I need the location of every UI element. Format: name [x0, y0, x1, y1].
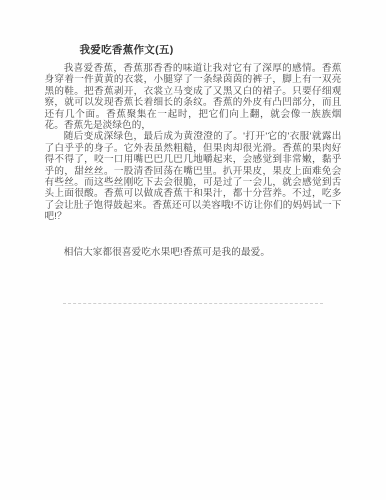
essay-paragraph-2: 随后变成深绿色，最后成为黄澄澄的了。'打开'它的'衣服'就露出了白乎乎的身子。它… [45, 131, 342, 222]
essay-page: 我爱吃香蕉作文(五) 我喜爱香蕉，香蕉那香香的味道让我对它有了深厚的感情。香蕉身… [0, 0, 386, 500]
essay-title: 我爱吃香蕉作文(五) [80, 44, 342, 57]
dashed-divider [63, 303, 323, 304]
essay-paragraph-1: 我喜爱香蕉，香蕉那香香的味道让我对它有了深厚的感情。香蕉身穿着一件黄黄的衣裳，小… [45, 63, 342, 131]
essay-paragraph-3: 相信大家都很喜爱吃水果吧!香蕉可是我的最爱。 [45, 247, 342, 258]
essay-content: 我爱吃香蕉作文(五) 我喜爱香蕉，香蕉那香香的味道让我对它有了深厚的感情。香蕉身… [45, 44, 342, 258]
